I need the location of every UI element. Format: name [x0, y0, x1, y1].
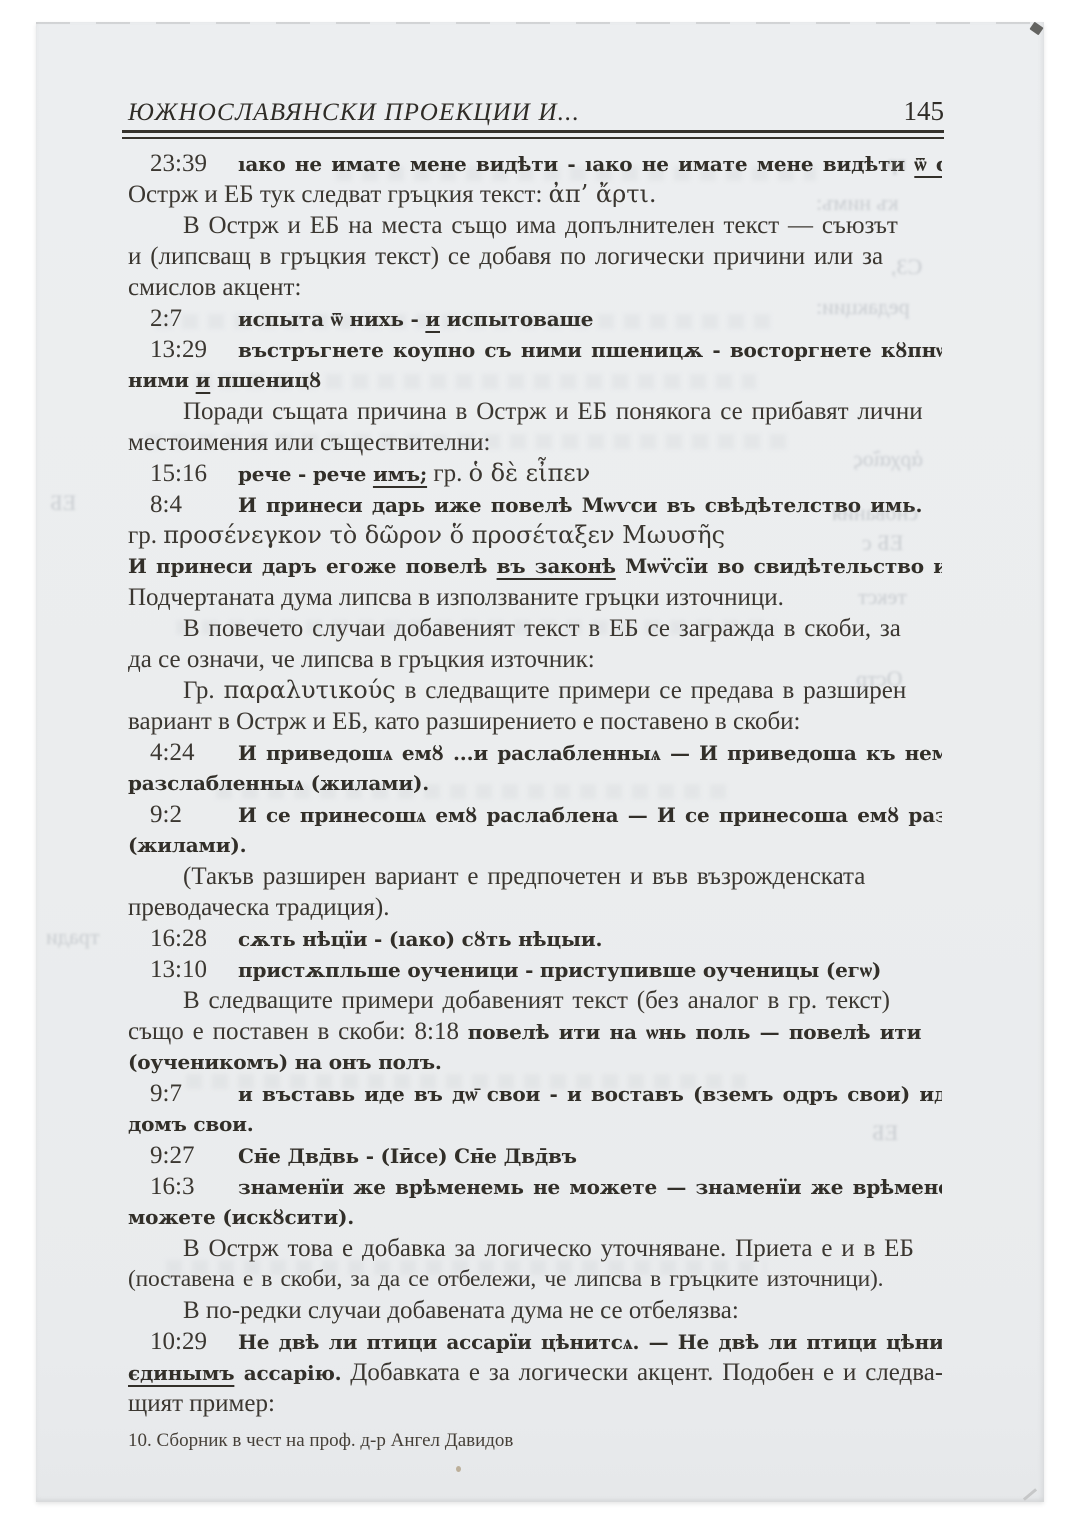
verse-number: 9:7	[150, 1078, 238, 1109]
text-segment: Мѡѵ̈сїи во свидѣтельство имъ.	[616, 554, 942, 578]
text-segment: испытоваше	[440, 307, 593, 331]
scan-artifact-dot	[456, 1466, 461, 1472]
text-segment: испыта ѿ нихь -	[238, 307, 425, 331]
text-segment: (Такъв разширен вариант е предпочетен и …	[183, 863, 865, 890]
text-body: 23:39ıако не имате мене видѣти - ıако не…	[128, 148, 942, 1428]
text-line: 16:28сѫть нѣцїи - (ıако) сȣть нѣцыи.	[128, 923, 942, 954]
text-line: 9:7и въставь иде въ дѡ̄ свои - и воставъ…	[128, 1078, 942, 1109]
bleedthrough-text: ЕБ	[50, 490, 76, 516]
header-rule	[122, 130, 944, 139]
text-line: Гр. παραλυτικούς в следващите примери се…	[128, 675, 942, 706]
verse-number: 9:27	[150, 1140, 238, 1171]
page-header: ЮЖНОСЛАВЯНСКИ ПРОЕКЦИИ И... 145	[128, 96, 944, 127]
scan-artifact-fold	[1023, 1488, 1037, 1501]
underlined-text: єдинымъ	[128, 1361, 234, 1385]
text-line: гр. προσένεγκον τὸ δῶρον ὅ προσέταξεν Μω…	[128, 520, 942, 551]
text-segment: В повечето случаи добавеният текст в ЕБ …	[183, 615, 901, 642]
text-segment: Поради същата причина в Острж и ЕБ поняк…	[183, 398, 923, 425]
text-line: (жилами).	[128, 830, 942, 861]
verse-number: 10:29	[150, 1326, 238, 1357]
footer-note: 10. Сборник в чест на проф. д-р Ангел Да…	[128, 1430, 513, 1452]
text-line: В следващите примери добавеният текст (б…	[128, 985, 942, 1016]
text-segment: И принеси даръ егоже повелѣ	[128, 554, 497, 578]
text-segment: местоимения или съществителни:	[128, 429, 490, 456]
verse-number: 16:28	[150, 923, 238, 954]
text-line: можете (искȣсити).	[128, 1202, 942, 1233]
text-segment: също е поставен в скоби: 8:18	[128, 1018, 468, 1045]
text-line: 15:16рече - рече имъ; гр. ὁ δὲ εἶπεν	[128, 458, 942, 489]
text-line: Подчертаната дума липсва в използваните …	[128, 582, 942, 613]
underlined-text: и	[425, 307, 440, 331]
text-segment: В по-редки случаи добавената дума не се …	[183, 1297, 739, 1324]
text-line: 13:10пристѫпльше оученици - приступивше …	[128, 954, 942, 985]
text-line: И принеси даръ егоже повелѣ въ законѣ Мѡ…	[128, 551, 942, 582]
verse-number: 4:24	[150, 737, 238, 768]
text-segment: можете (искȣсити).	[128, 1205, 354, 1229]
verse-number: 23:39	[150, 148, 238, 179]
text-segment: въстръгнете коупно съ ними пшеницѫ - вос…	[238, 338, 942, 362]
underlined-text: имъ;	[373, 462, 427, 486]
text-segment: домъ свои.	[128, 1112, 254, 1136]
verse-number: 13:10	[150, 954, 238, 985]
text-line: 2:7испыта ѿ нихь - и испытоваше	[128, 303, 942, 334]
scanned-page: ЮЖНОСЛАВЯНСКИ ПРОЕКЦИИ И... 145 23:39ıак…	[36, 22, 1044, 1502]
text-line: 16:3знаменїи же врѣменемь не можете — зн…	[128, 1171, 942, 1202]
text-segment: ἀπ’ ἄρτι.	[549, 180, 657, 208]
text-line: 4:24И приведошѧ емȣ ...и раслабленныѧ — …	[128, 737, 942, 768]
text-segment: пристѫпльше оученици - приступивше оучен…	[238, 958, 881, 982]
text-segment: Сн̄е Двд̄вь - (Іӣсе) Сн̄е Двд̄въ	[238, 1144, 577, 1168]
text-line: вариант в Острж и ЕБ, като разширението …	[128, 706, 942, 737]
text-line: Поради същата причина в Острж и ЕБ поняк…	[128, 396, 942, 427]
text-segment: (оученикомъ) на онъ полъ.	[128, 1050, 442, 1074]
text-line: преводаческа традиция).	[128, 892, 942, 923]
text-segment: пшеницȣ	[210, 368, 321, 392]
text-segment: в следващите примери се предава в разшир…	[396, 677, 907, 704]
text-line: местоимения или съществителни:	[128, 427, 942, 458]
text-segment: В Острж и ЕБ на места също има допълните…	[183, 212, 898, 239]
text-line: 10:29Не двѣ ли птици ассарїи цѣнитсѧ. — …	[128, 1326, 942, 1357]
text-line: (оученикомъ) на онъ полъ.	[128, 1047, 942, 1078]
verse-number: 2:7	[150, 303, 238, 334]
text-line: щият пример:	[128, 1388, 942, 1419]
text-line: (поставена е в скоби, за да се отбележи,…	[128, 1264, 942, 1295]
text-segment: В следващите примери добавеният текст (б…	[183, 987, 890, 1014]
text-line: В повечето случаи добавеният текст в ЕБ …	[128, 613, 942, 644]
verse-number: 13:29	[150, 334, 238, 365]
text-segment: Подчертаната дума липсва в използваните …	[128, 584, 784, 611]
text-segment: προσένεγκον τὸ δῶρον ὅ προσέταξεν Μωυσῆς	[163, 521, 725, 549]
page-top-edge	[36, 22, 1044, 24]
text-segment: И приведошѧ емȣ ...и раслабленныѧ — И пр…	[238, 741, 942, 765]
underlined-text: ѿ селѣ.	[914, 152, 942, 176]
text-line: домъ свои.	[128, 1109, 942, 1140]
text-line: 9:2И се принесошѧ емȣ раслаблена — И се …	[128, 799, 942, 830]
text-line: (Такъв разширен вариант е предпочетен и …	[128, 861, 942, 892]
text-segment: ними	[128, 368, 196, 392]
underlined-text: и	[196, 368, 211, 392]
text-segment: повелѣ ити на ѡнь поль — повелѣ ити	[468, 1020, 921, 1044]
text-line: разслабленныѧ (жилами).	[128, 768, 942, 799]
text-segment: преводаческа традиция).	[128, 894, 389, 921]
text-line: Острж и ЕБ тук следват гръцкия текст: ἀπ…	[128, 179, 942, 210]
text-segment: сѫть нѣцїи - (ıако) сȣть нѣцыи.	[238, 927, 602, 951]
text-segment: (поставена е в скоби, за да се отбележи,…	[128, 1266, 883, 1292]
text-line: єдинымъ ассарію. Добавката е за логическ…	[128, 1357, 942, 1388]
verse-number: 16:3	[150, 1171, 238, 1202]
text-segment: смислов акцент:	[128, 274, 301, 301]
text-segment: (жилами).	[128, 833, 246, 857]
text-line: 9:27Сн̄е Двд̄вь - (Іӣсе) Сн̄е Двд̄въ	[128, 1140, 942, 1171]
text-segment: вариант в Острж и ЕБ, като разширението …	[128, 708, 801, 735]
text-segment: гр.	[427, 460, 469, 487]
text-line: и (липсващ в гръцкия текст) се добавя по…	[128, 241, 942, 272]
text-segment: Острж и ЕБ тук следват гръцкия текст:	[128, 181, 549, 208]
text-line: В по-редки случаи добавената дума не се …	[128, 1295, 942, 1326]
verse-number: 8:4	[150, 489, 238, 520]
page-number: 145	[904, 96, 945, 127]
text-segment: ıако не имате мене видѣти - ıако не имат…	[238, 152, 914, 176]
bleedthrough-text: тради	[46, 924, 100, 950]
text-segment: παραλυτικούς	[223, 676, 395, 704]
text-segment: Не двѣ ли птици ассарїи цѣнитсѧ. — Не дв…	[238, 1330, 942, 1354]
text-line: В Острж и ЕБ на места също има допълните…	[128, 210, 942, 241]
verse-number: 15:16	[150, 458, 238, 489]
text-line: да се означи, че липсва в гръцкия източн…	[128, 644, 942, 675]
text-segment: щият пример:	[128, 1390, 275, 1417]
text-segment: рече - рече	[238, 462, 373, 486]
text-segment: ὁ δὲ εἶπεν	[469, 459, 591, 487]
underlined-text: въ законѣ	[497, 554, 616, 578]
text-segment: и въставь иде въ дѡ̄ свои - и воставъ (в…	[238, 1082, 942, 1106]
text-segment: ассарію.	[234, 1361, 341, 1385]
text-segment: и (липсващ в гръцкия текст) се добавя по…	[128, 243, 883, 270]
text-line: 23:39ıако не имате мене видѣти - ıако не…	[128, 148, 942, 179]
text-line: ними и пшеницȣ	[128, 365, 942, 396]
text-line: В Острж това е добавка за логическо уточ…	[128, 1233, 942, 1264]
text-segment: В Острж това е добавка за логическо уточ…	[183, 1235, 914, 1262]
text-segment: Добавката е за логически акцент. Подобен…	[341, 1359, 942, 1386]
text-segment: И принеси дарь иже повелѣ Мѡѵси въ свѣдѣ…	[238, 493, 922, 517]
text-line: също е поставен в скоби: 8:18 повелѣ ити…	[128, 1016, 942, 1047]
text-segment: да се означи, че липсва в гръцкия източн…	[128, 646, 595, 673]
text-segment: разслабленныѧ (жилами).	[128, 771, 429, 795]
running-title: ЮЖНОСЛАВЯНСКИ ПРОЕКЦИИ И...	[128, 99, 580, 127]
text-segment: И се принесошѧ емȣ раслаблена — И се при…	[238, 803, 942, 827]
text-segment: знаменїи же врѣменемь не можете — знамен…	[238, 1175, 942, 1199]
text-line: смислов акцент:	[128, 272, 942, 303]
text-line: 8:4И принеси дарь иже повелѣ Мѡѵси въ св…	[128, 489, 942, 520]
verse-number: 9:2	[150, 799, 238, 830]
text-segment: гр.	[128, 522, 163, 549]
text-segment: Гр.	[183, 677, 223, 704]
text-line: 13:29въстръгнете коупно съ ними пшеницѫ …	[128, 334, 942, 365]
